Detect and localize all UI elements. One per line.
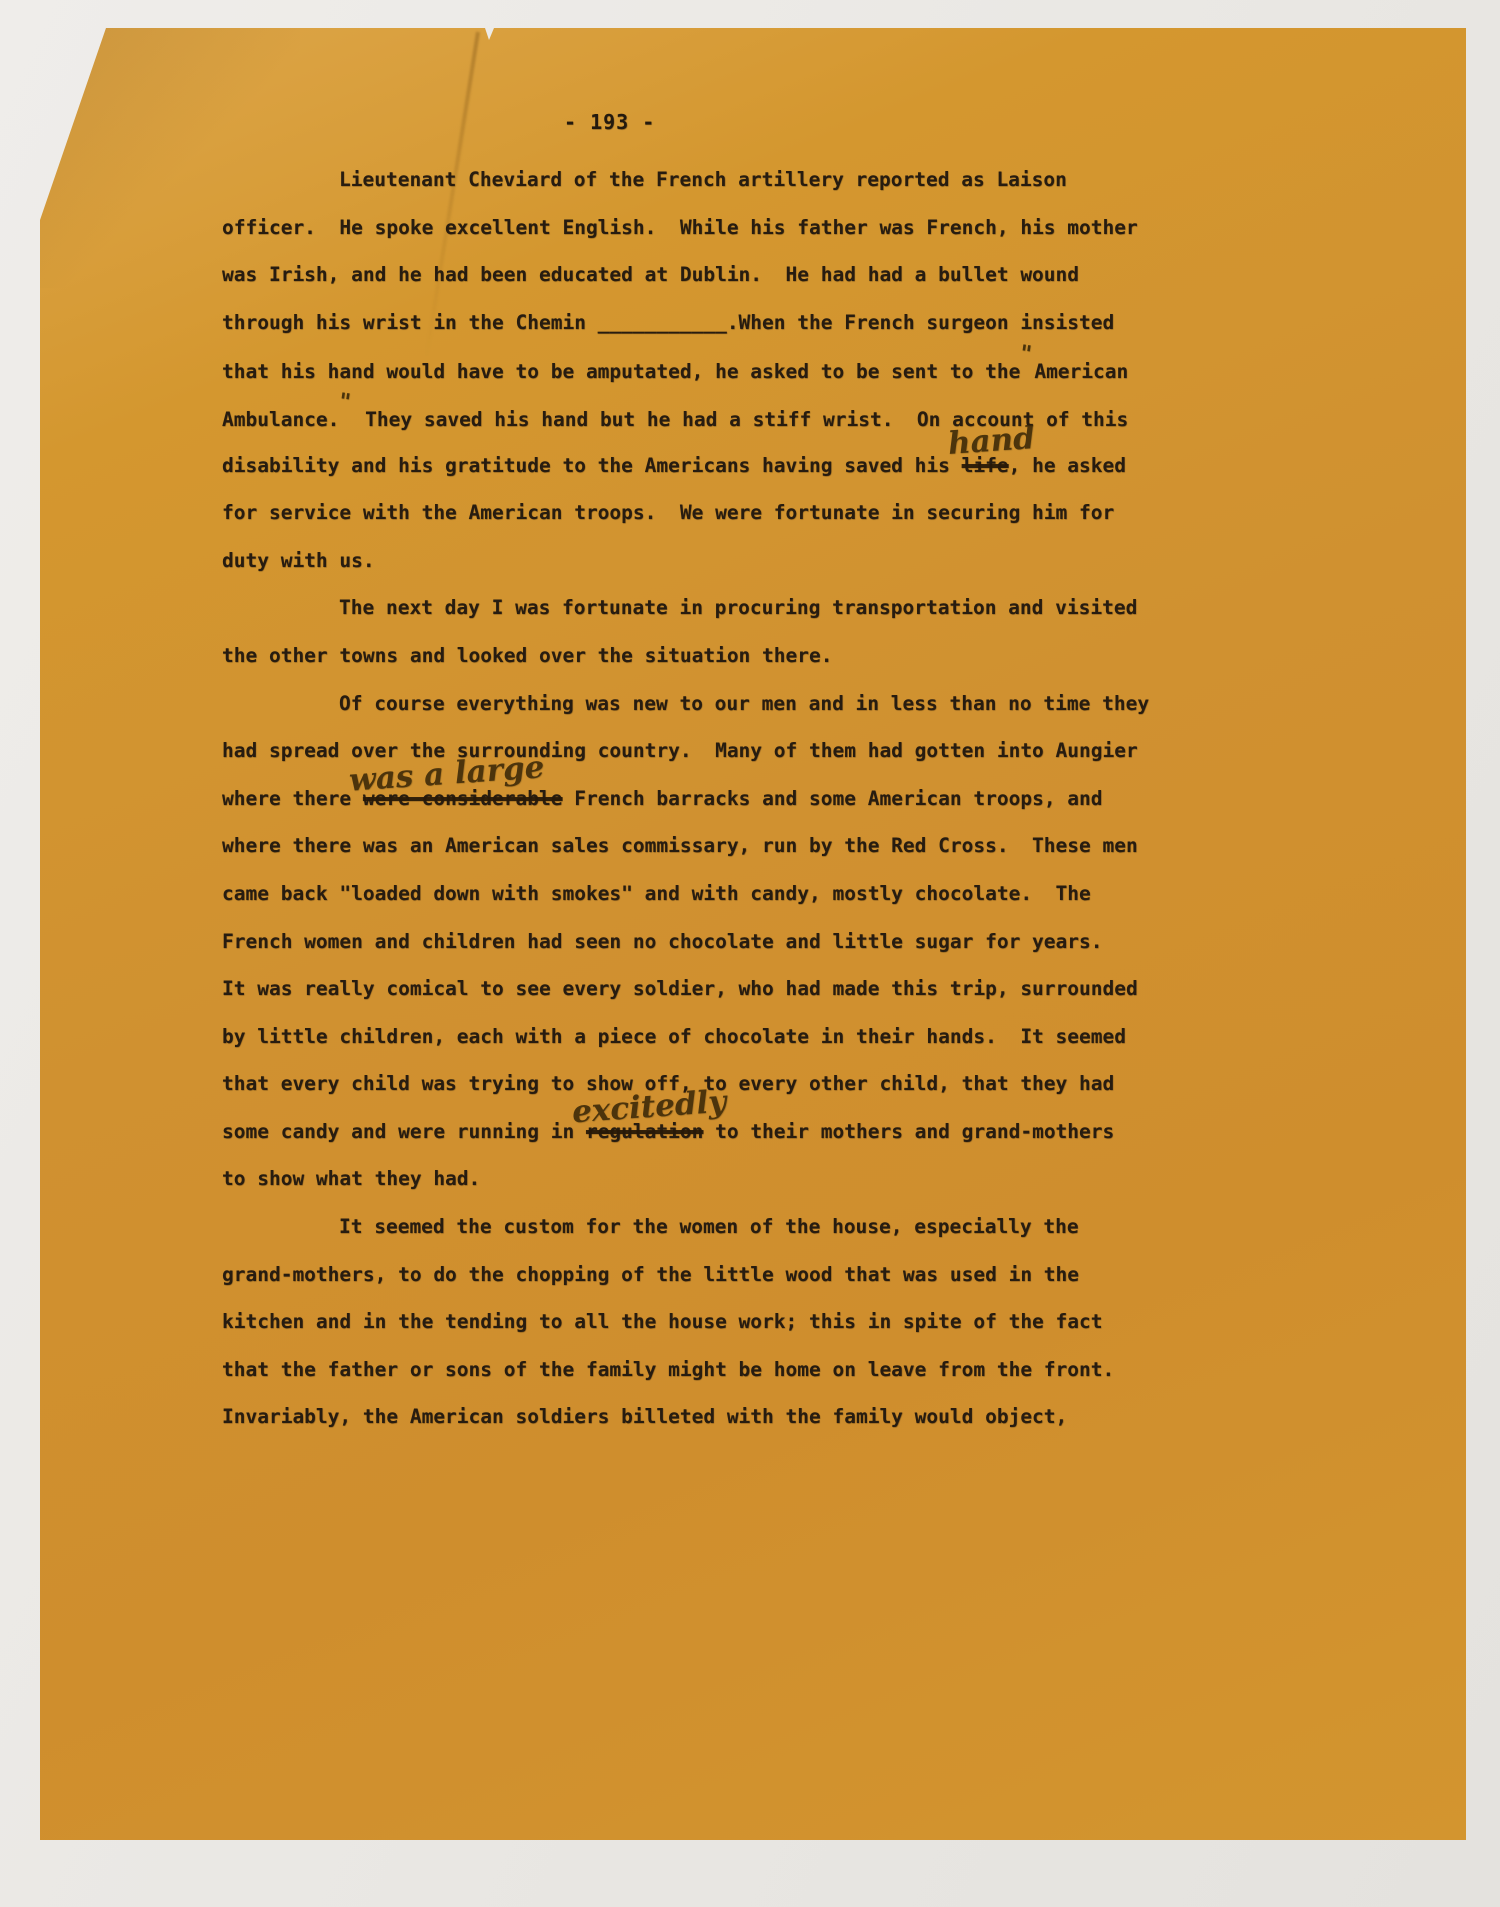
- typed-line: where there were considerablewas a large…: [222, 787, 1412, 835]
- typed-text: American: [1034, 360, 1128, 383]
- typed-line: disability and his gratitude to the Amer…: [222, 454, 1412, 502]
- typed-line: It seemed the custom for the women of th…: [222, 1215, 1412, 1263]
- typed-text: where there was an American sales commis…: [222, 834, 1138, 857]
- typed-text: that his hand would have to be amputated…: [222, 360, 1020, 383]
- typed-text: that the father or sons of the family mi…: [222, 1358, 1114, 1381]
- typed-lines: Lieutenant Cheviard of the French artill…: [222, 168, 1412, 1453]
- typed-text: was Irish, and he had been educated at D…: [222, 263, 1079, 286]
- typed-line: to show what they had.: [222, 1167, 1412, 1215]
- typed-text: for service with the American troops. We…: [222, 501, 1114, 524]
- handwritten-correction: hand: [947, 423, 1036, 460]
- typed-line: kitchen and in the tending to all the ho…: [222, 1310, 1412, 1358]
- typed-text: the other towns and looked over the situ…: [222, 644, 832, 667]
- typed-line: grand-mothers, to do the chopping of the…: [222, 1263, 1412, 1311]
- typed-text: by little children, each with a piece of…: [222, 1025, 1126, 1048]
- typed-text: grand-mothers, to do the chopping of the…: [222, 1263, 1079, 1286]
- page-number: - 193 -: [564, 110, 655, 134]
- typed-line: The next day I was fortunate in procurin…: [222, 596, 1412, 644]
- typed-text: , he asked: [1009, 454, 1126, 477]
- typed-text: had spread over the surrounding country.…: [222, 739, 1138, 762]
- typed-line: that his hand would have to be amputated…: [222, 358, 1412, 406]
- typed-text: Lieutenant Cheviard of the French artill…: [339, 168, 1067, 191]
- typed-text: Invariably, the American soldiers billet…: [222, 1405, 1067, 1428]
- corrected-text: were considerablewas a large: [363, 787, 563, 810]
- typed-line: Invariably, the American soldiers billet…: [222, 1405, 1412, 1453]
- typed-line: It was really comical to see every soldi…: [222, 977, 1412, 1025]
- typed-line: for service with the American troops. We…: [222, 501, 1412, 549]
- typed-text: It seemed the custom for the women of th…: [339, 1215, 1079, 1238]
- typed-line: Of course everything was new to our men …: [222, 692, 1412, 740]
- typed-text: came back "loaded down with smokes" and …: [222, 882, 1091, 905]
- typed-line: French women and children had seen no ch…: [222, 930, 1412, 978]
- typed-line: was Irish, and he had been educated at D…: [222, 263, 1412, 311]
- typescript-page: - 193 - Lieutenant Cheviard of the Frenc…: [40, 28, 1466, 1840]
- typed-text: kitchen and in the tending to all the ho…: [222, 1310, 1103, 1333]
- typed-text: disability and his gratitude to the Amer…: [222, 454, 962, 477]
- typed-line: Ambulance." They saved his hand but he h…: [222, 406, 1412, 454]
- typed-line: came back "loaded down with smokes" and …: [222, 882, 1412, 930]
- typed-line: that every child was trying to show off,…: [222, 1072, 1412, 1120]
- typed-line: by little children, each with a piece of…: [222, 1025, 1412, 1073]
- typed-text: The next day I was fortunate in procurin…: [339, 596, 1137, 619]
- typed-text: duty with us.: [222, 549, 375, 572]
- typed-line: Lieutenant Cheviard of the French artill…: [222, 168, 1412, 216]
- corrected-text: regulationexcitedly: [586, 1120, 703, 1143]
- typed-text: French barracks and some American troops…: [562, 787, 1102, 810]
- typed-text: to show what they had.: [222, 1167, 480, 1190]
- typed-text: where there: [222, 787, 363, 810]
- typed-text: to their mothers and grand-mothers: [703, 1120, 1114, 1143]
- typed-text: some candy and were running in: [222, 1120, 586, 1143]
- typed-line: through his wrist in the Chemin ________…: [222, 311, 1412, 359]
- typed-text: Of course everything was new to our men …: [339, 692, 1149, 715]
- typed-line: where there was an American sales commis…: [222, 834, 1412, 882]
- typed-line: some candy and were running in regulatio…: [222, 1120, 1412, 1168]
- typed-text: Ambulance.: [222, 408, 339, 431]
- corrected-text: lifehand: [962, 454, 1009, 477]
- typed-line: the other towns and looked over the situ…: [222, 644, 1412, 692]
- typed-line: officer. He spoke excellent English. Whi…: [222, 216, 1412, 264]
- typed-text: French women and children had seen no ch…: [222, 930, 1103, 953]
- typed-text: It was really comical to see every soldi…: [222, 977, 1138, 1000]
- typed-line: that the father or sons of the family mi…: [222, 1358, 1412, 1406]
- typed-line: duty with us.: [222, 549, 1412, 597]
- typed-text: through his wrist in the Chemin ________…: [222, 311, 1114, 334]
- typed-text: officer. He spoke excellent English. Whi…: [222, 216, 1138, 239]
